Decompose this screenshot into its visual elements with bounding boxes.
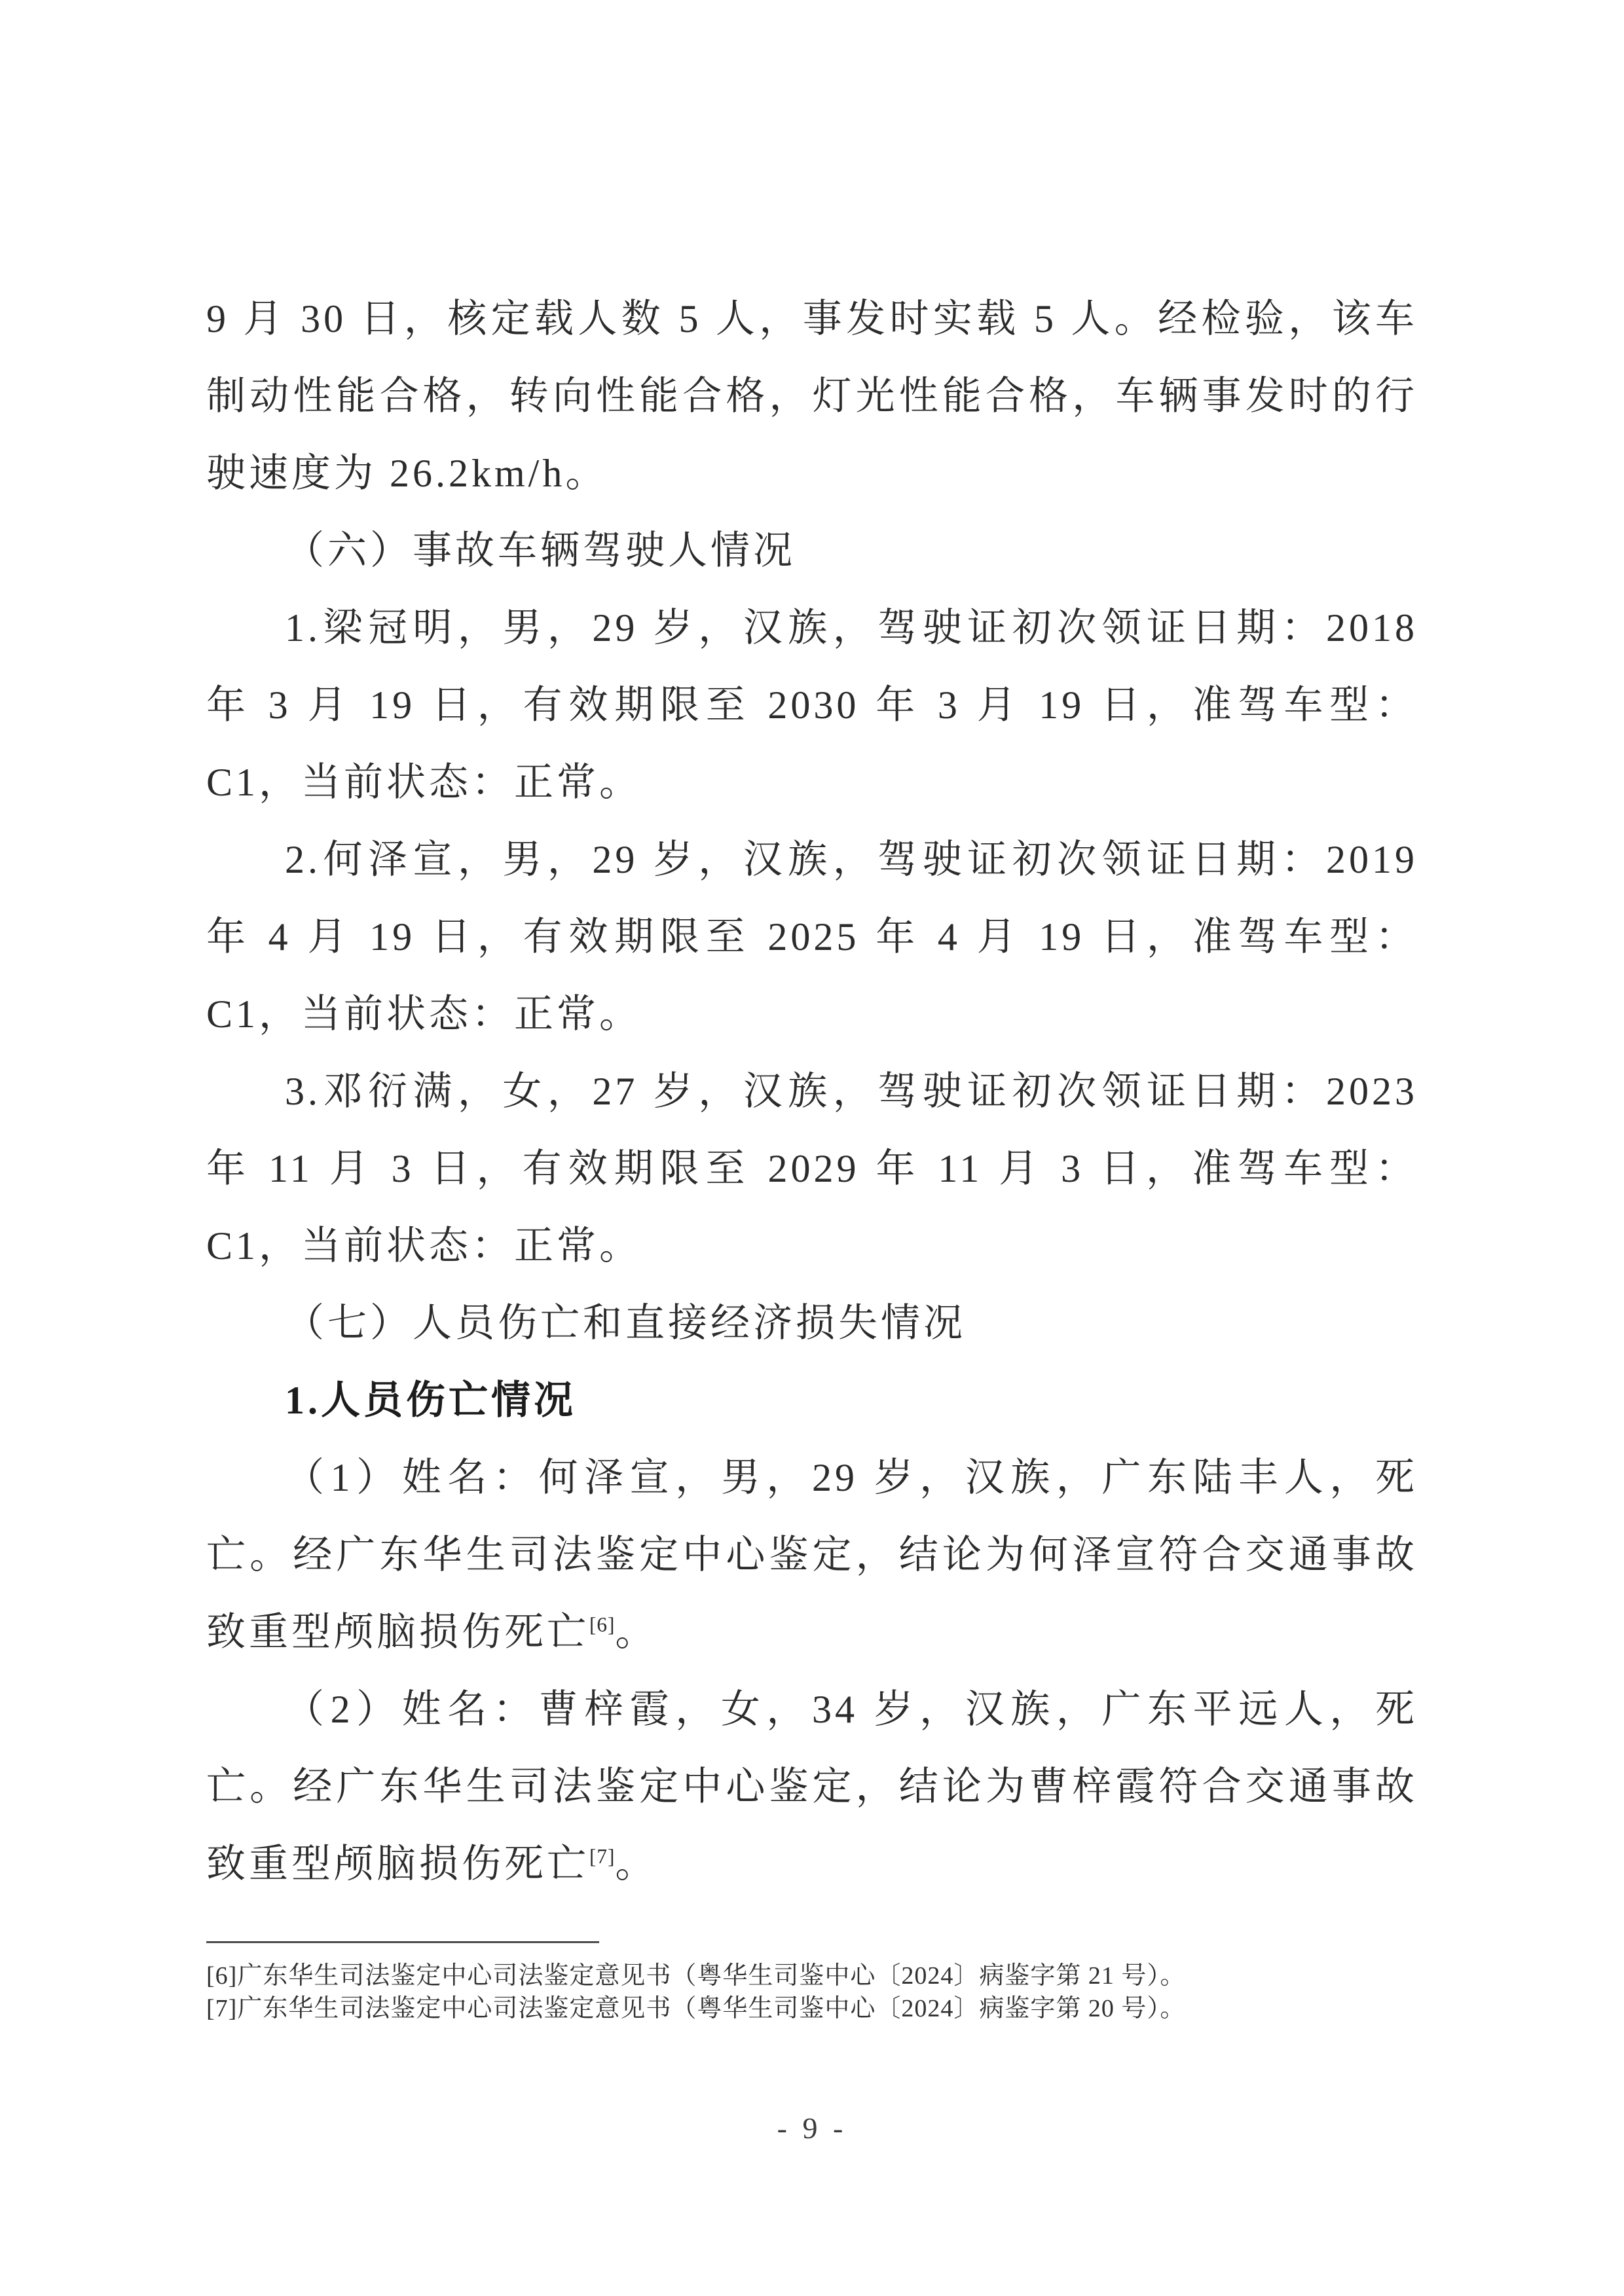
victim-1-period: 。: [615, 1611, 657, 1654]
paragraph-victim-1: （1）姓名：何泽宣，男，29 岁，汉族，广东陆丰人，死亡。经广东华生司法鉴定中心…: [206, 1439, 1418, 1671]
paragraph-driver-3: 3.邓衍满，女，27 岁，汉族，驾驶证初次领证日期：2023 年 11 月 3 …: [206, 1053, 1418, 1285]
victim-2-text: （2）姓名：曹梓霞，女，34 岁，汉族，广东平远人，死亡。经广东华生司法鉴定中心…: [206, 1688, 1418, 1886]
footnote-7: [7]广东华生司法鉴定中心司法鉴定意见书（粤华生司鉴中心〔2024〕病鉴字第 2…: [206, 1992, 1418, 2025]
document-page: 9 月 30 日，核定载人数 5 人，事发时实载 5 人。经检验，该车制动性能合…: [0, 0, 1624, 2296]
paragraph-vehicle-inspection: 9 月 30 日，核定载人数 5 人，事发时实载 5 人。经检验，该车制动性能合…: [206, 280, 1418, 512]
page-number: - 9 -: [0, 2111, 1624, 2145]
footnote-6-marker: [6]: [206, 1962, 237, 1990]
document-body: 9 月 30 日，核定载人数 5 人，事发时实载 5 人。经检验，该车制动性能合…: [206, 280, 1418, 1903]
footnote-6-text: 广东华生司法鉴定中心司法鉴定意见书（粤华生司鉴中心〔2024〕病鉴字第 21 号…: [237, 1962, 1185, 1990]
paragraph-driver-1: 1.梁冠明，男，29 岁，汉族，驾驶证初次领证日期：2018 年 3 月 19 …: [206, 589, 1418, 821]
footnote-separator-line: [206, 1941, 599, 1943]
heading-section-six: （六）事故车辆驾驶人情况: [206, 512, 1418, 589]
subheading-casualties: 1.人员伤亡情况: [206, 1362, 1418, 1439]
victim-2-footnote-ref: [7]: [589, 1845, 615, 1868]
paragraph-driver-2: 2.何泽宣，男，29 岁，汉族，驾驶证初次领证日期：2019 年 4 月 19 …: [206, 821, 1418, 1053]
victim-1-text: （1）姓名：何泽宣，男，29 岁，汉族，广东陆丰人，死亡。经广东华生司法鉴定中心…: [206, 1456, 1418, 1654]
footnote-7-text: 广东华生司法鉴定中心司法鉴定意见书（粤华生司鉴中心〔2024〕病鉴字第 20 号…: [237, 1995, 1185, 2022]
victim-2-period: 。: [615, 1842, 657, 1886]
victim-1-footnote-ref: [6]: [589, 1613, 615, 1636]
heading-section-seven: （七）人员伤亡和直接经济损失情况: [206, 1285, 1418, 1362]
footnotes-block: [6]广东华生司法鉴定中心司法鉴定意见书（粤华生司鉴中心〔2024〕病鉴字第 2…: [206, 1959, 1418, 2025]
footnote-6: [6]广东华生司法鉴定中心司法鉴定意见书（粤华生司鉴中心〔2024〕病鉴字第 2…: [206, 1959, 1418, 1992]
footnote-7-marker: [7]: [206, 1995, 237, 2022]
paragraph-victim-2: （2）姓名：曹梓霞，女，34 岁，汉族，广东平远人，死亡。经广东华生司法鉴定中心…: [206, 1671, 1418, 1903]
